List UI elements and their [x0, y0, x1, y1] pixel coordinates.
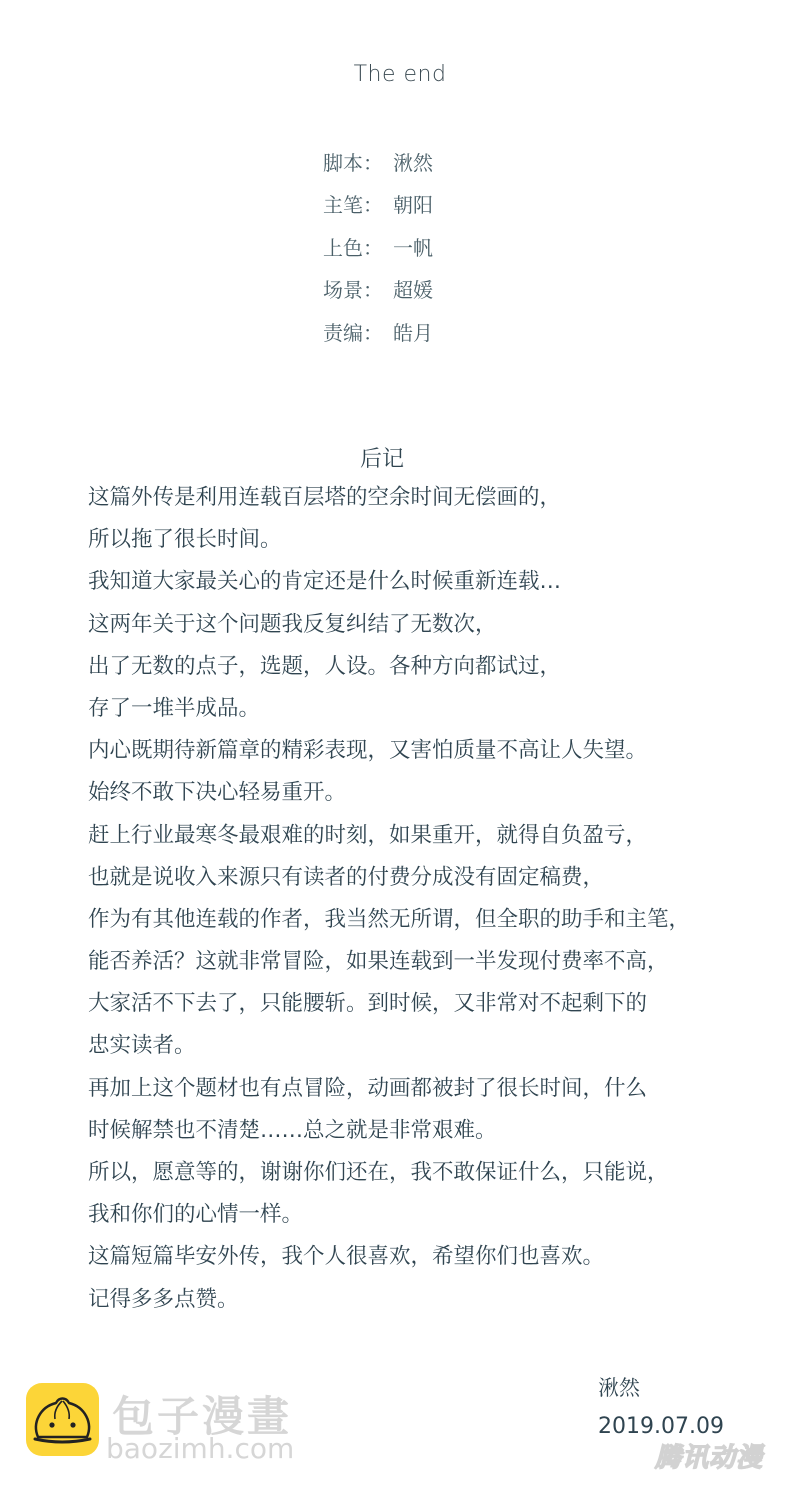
afterword-line: 记得多多点赞。	[88, 1285, 778, 1327]
afterword-line: 这篇外传是利用连载百层塔的空余时间无偿画的，	[88, 483, 778, 525]
afterword-line: 大家活不下去了，只能腰斩。到时候，又非常对不起剩下的	[88, 989, 778, 1031]
afterword-line: 存了一堆半成品。	[88, 694, 778, 736]
credit-row: 场景： 超媛	[323, 268, 433, 311]
credit-row: 脚本： 湫然	[323, 140, 433, 183]
afterword-body: 这篇外传是利用连载百层塔的空余时间无偿画的， 所以拖了很长时间。 我知道大家最关…	[88, 483, 778, 1327]
credits-list: 脚本： 湫然 主笔： 朝阳 上色： 一帆 场景： 超媛 责编： 皓月	[323, 140, 433, 353]
baozi-logo-icon	[26, 1383, 99, 1456]
afterword-line: 始终不敢下决心轻易重开。	[88, 778, 778, 820]
credit-name: 超媛	[393, 274, 433, 303]
afterword-line: 我和你们的心情一样。	[88, 1200, 778, 1242]
credit-role: 主笔：	[323, 189, 393, 218]
afterword-title: 后记	[0, 442, 764, 473]
signature: 湫然	[598, 1372, 640, 1402]
credit-name: 皓月	[393, 317, 433, 346]
afterword-line: 这两年关于这个问题我反复纠结了无数次，	[88, 610, 778, 652]
afterword-line: 这篇短篇毕安外传，我个人很喜欢，希望你们也喜欢。	[88, 1242, 778, 1284]
afterword-line: 再加上这个题材也有点冒险，动画都被封了很长时间，什么	[88, 1074, 778, 1116]
afterword-line: 赶上行业最寒冬最艰难的时刻，如果重开，就得自负盈亏，	[88, 821, 778, 863]
afterword-line: 我知道大家最关心的肯定还是什么时候重新连载…	[88, 567, 778, 609]
afterword-line: 内心既期待新篇章的精彩表现，又害怕质量不高让人失望。	[88, 736, 778, 778]
credit-role: 场景：	[323, 274, 393, 303]
brand-url: baozimh.com	[106, 1432, 294, 1465]
credit-row: 责编： 皓月	[323, 310, 433, 353]
credit-row: 上色： 一帆	[323, 225, 433, 268]
afterword-line: 能否养活？这就非常冒险，如果连载到一半发现付费率不高，	[88, 947, 778, 989]
afterword-line: 出了无数的点子，选题，人设。各种方向都试过，	[88, 652, 778, 694]
the-end-title: The end	[0, 62, 800, 87]
credit-role: 责编：	[323, 317, 393, 346]
credit-role: 上色：	[323, 232, 393, 261]
afterword-line: 也就是说收入来源只有读者的付费分成没有固定稿费，	[88, 863, 778, 905]
watermark: 腾讯动漫	[655, 1437, 763, 1474]
credit-name: 朝阳	[393, 189, 433, 218]
afterword-line: 忠实读者。	[88, 1031, 778, 1073]
afterword-line: 所以，愿意等的，谢谢你们还在，我不敢保证什么，只能说，	[88, 1158, 778, 1200]
credit-role: 脚本：	[323, 147, 393, 176]
credit-row: 主笔： 朝阳	[323, 183, 433, 226]
afterword-line: 所以拖了很长时间。	[88, 525, 778, 567]
credit-name: 湫然	[393, 147, 433, 176]
signature-date: 2019.07.09	[598, 1414, 724, 1439]
afterword-line: 作为有其他连载的作者，我当然无所谓，但全职的助手和主笔，	[88, 905, 778, 947]
credit-name: 一帆	[393, 232, 433, 261]
afterword-line: 时候解禁也不清楚……总之就是非常艰难。	[88, 1116, 778, 1158]
